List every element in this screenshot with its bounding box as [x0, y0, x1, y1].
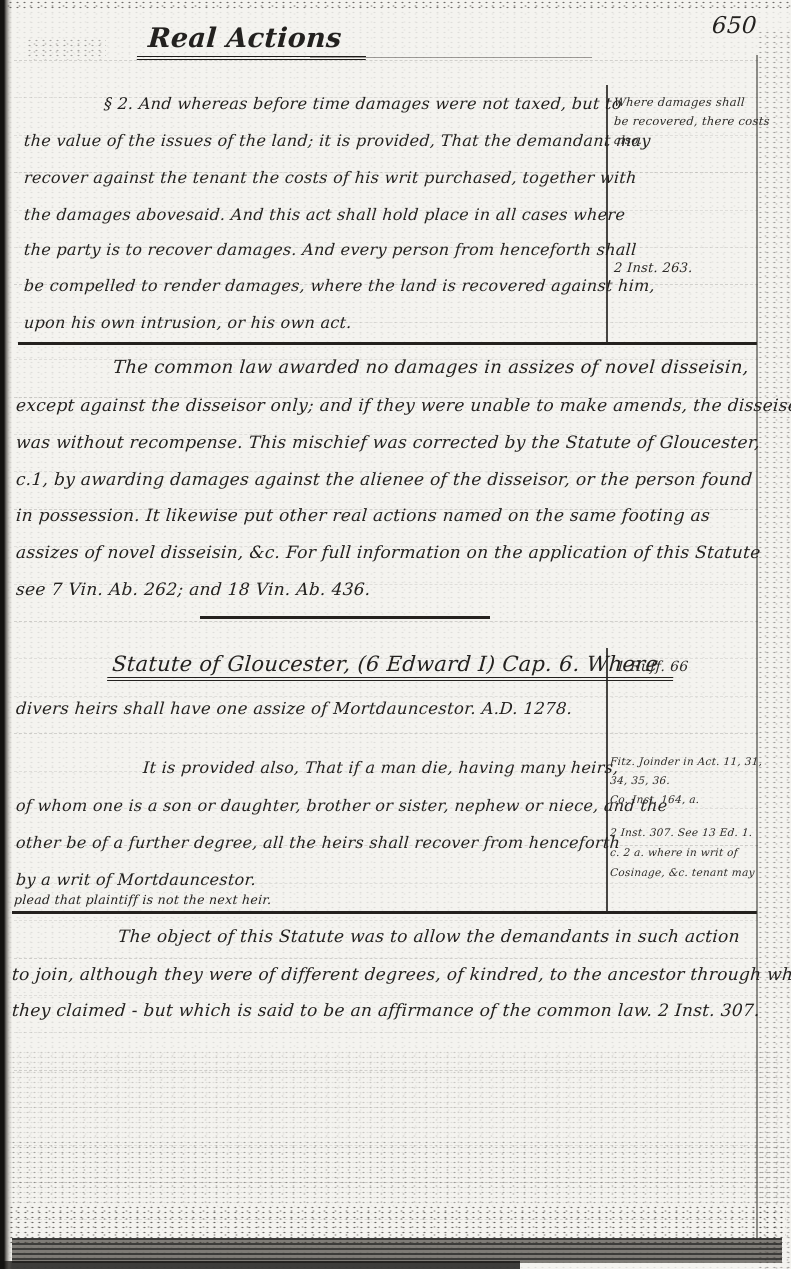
margin-note: be recovered, there costs: [614, 115, 771, 128]
page-title: Real Actions: [137, 24, 369, 60]
handwritten-line: the damages abovesaid. And this act shal…: [23, 206, 625, 224]
handwritten-line: assizes of novel disseisin, &c. For full…: [15, 544, 761, 563]
handwritten-line: other be of a further degree, all the he…: [15, 834, 621, 852]
handwritten-line: upon his own intrusion, or his own act.: [23, 314, 352, 332]
section-divider-full-2: [12, 911, 757, 914]
scan-noise-top-edge: [0, 0, 791, 10]
handwritten-line: of whom one is a son or daughter, brothe…: [15, 797, 668, 815]
section-divider-short: [200, 616, 490, 619]
handwritten-line: the value of the issues of the land; it …: [23, 132, 651, 150]
handwritten-line: be compelled to render damages, where th…: [23, 277, 655, 295]
margin-note: c. 2 a. where in writ of: [610, 848, 739, 860]
handwritten-line: except against the disseisor only; and i…: [15, 397, 791, 416]
handwritten-line: see 7 Vin. Ab. 262; and 18 Vin. Ab. 436.: [15, 581, 371, 600]
margin-column-rule-2: [606, 648, 608, 912]
handwritten-line: to join, although they were of different…: [11, 966, 791, 985]
title-rule-extension: [310, 57, 592, 58]
section-divider-full-1: [18, 342, 757, 345]
handwritten-line: recover against the tenant the costs of …: [23, 169, 637, 187]
section-statute-heading-heading: Statute of Gloucester, (6 Edward I) Cap.…: [107, 653, 675, 681]
handwritten-line: divers heirs shall have one assize of Mo…: [15, 700, 573, 718]
margin-note: Where damages shall: [614, 96, 746, 109]
handwritten-line: It is provided also, That if a man die, …: [142, 759, 619, 777]
handwritten-line: was without recompense. This mischief wa…: [15, 434, 760, 453]
scan-noise-bottom-1: [10, 1050, 780, 1140]
margin-note: Fitz. Joinder in Act. 11, 31,: [610, 757, 763, 769]
margin-note: Co. Inst. 164, a.: [610, 795, 700, 807]
margin-note: 2 Inst. 307. See 13 Ed. 1.: [610, 828, 753, 840]
handwritten-line: c.1, by awarding damages against the ali…: [15, 471, 753, 490]
scan-noise-bottom-smear: [0, 1261, 520, 1269]
scan-noise-bottom-2: [10, 1140, 785, 1205]
handwritten-line: The object of this Statute was to allow …: [117, 928, 740, 947]
scan-noise-mark: [26, 38, 106, 60]
margin-note: 1 Ruff. 66: [615, 660, 689, 675]
scan-noise-bottom-band: [12, 1238, 782, 1263]
margin-note: 2 Inst. 263.: [614, 262, 694, 276]
handwritten-line: The common law awarded no damages in ass…: [112, 358, 749, 378]
page-edge-rule: [756, 55, 758, 1240]
handwritten-line: by a writ of Mortdauncestor.: [15, 871, 256, 889]
handwritten-line: § 2. And whereas before time damages wer…: [103, 95, 622, 113]
page-number: 650: [711, 14, 758, 39]
manuscript-page: 650 Real Actions § 2. And whereas before…: [0, 0, 791, 1269]
margin-note: 34, 35, 36.: [610, 776, 671, 788]
scan-binding-edge: [0, 0, 12, 1269]
handwritten-line: the party is to recover damages. And eve…: [23, 241, 637, 259]
handwritten-line: plead that plaintiff is not the next hei…: [14, 893, 273, 907]
margin-note: Cosinage, &c. tenant may: [610, 868, 756, 880]
handwritten-line: they claimed - but which is said to be a…: [11, 1002, 760, 1021]
handwritten-line: in possession. It likewise put other rea…: [15, 507, 710, 526]
margin-note: also.: [614, 134, 643, 147]
